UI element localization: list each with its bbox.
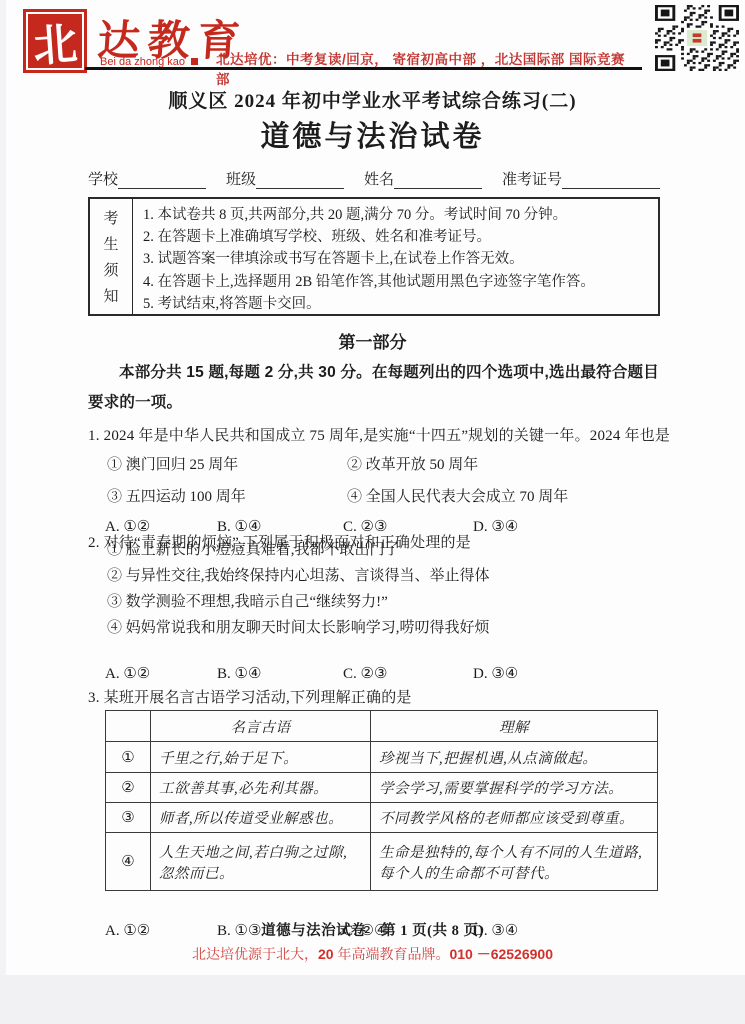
statement-item: ② 改革开放 50 周年 bbox=[347, 453, 478, 474]
school-field: 学校 bbox=[88, 168, 206, 189]
statement-item: ③ 五四运动 100 周年 bbox=[107, 485, 246, 506]
name-blank-line bbox=[394, 172, 482, 189]
red-square-icon bbox=[191, 58, 198, 65]
table-header-row: 名言古语 理解 bbox=[106, 711, 658, 742]
statement-item: ④ 全国人民代表大会成立 70 周年 bbox=[347, 485, 568, 506]
statement-item: ③ 数学测验不理想,我暗示自己“继续努力!” bbox=[107, 590, 388, 611]
table-header-quote: 名言古语 bbox=[151, 711, 371, 742]
header-divider bbox=[85, 67, 642, 70]
qr-code bbox=[655, 5, 739, 71]
footer-page-label: 道德与法治试卷 第 1 页(共 8 页) bbox=[0, 919, 745, 940]
exam-paper-page: 北 达教育 Bei da zhong kao 北达培优：中考复读/回京， 寄宿初… bbox=[0, 0, 745, 1024]
examinee-notice-box: 考 生 须 知 1. 本试卷共 8 页,共两部分,共 20 题,满分 70 分。… bbox=[88, 197, 660, 316]
statement-item: ① 澳门回归 25 周年 bbox=[107, 453, 238, 474]
choice-b: B. ①④ bbox=[217, 664, 261, 683]
subject-title: 道德与法治试卷 bbox=[0, 114, 745, 155]
choice-c: C. ②③ bbox=[343, 664, 387, 683]
notice-side-label: 考 生 须 知 bbox=[90, 199, 133, 314]
statement-item: ① 脸上新长的小痘痘真难看,我都不敢出门了 bbox=[107, 538, 400, 559]
scan-bottom-margin bbox=[0, 975, 745, 1024]
notice-item: 3. 试题答案一律填涂或书写在答题卡上,在试卷上作答无效。 bbox=[143, 248, 652, 270]
table-header-blank bbox=[106, 711, 151, 742]
notice-item: 2. 在答题卡上准确填写学校、班级、姓名和准考证号。 bbox=[143, 226, 652, 248]
table-row: ③ 师者,所以传道受业解惑也。 不同教学风格的老师都应该受到尊重。 bbox=[106, 803, 658, 833]
notice-item: 1. 本试卷共 8 页,共两部分,共 20 题,满分 70 分。考试时间 70 … bbox=[143, 204, 652, 226]
footer-promo: 北达培优源于北大，20 年高端教育品牌。010 －62526900 bbox=[0, 944, 745, 964]
notice-item: 4. 在答题卡上,选择题用 2B 铅笔作答,其他试题用黑色字迹签字笔作答。 bbox=[143, 271, 652, 293]
class-blank-line bbox=[256, 172, 344, 189]
part1-instructions: 本部分共 15 题,每题 2 分,共 30 分。在每题列出的四个选项中,选出最符… bbox=[88, 358, 662, 418]
statement-item: ② 与异性交往,我始终保持内心坦荡、言谈得当、举止得体 bbox=[107, 564, 490, 585]
table-header-meaning: 理解 bbox=[371, 711, 658, 742]
part1-heading: 第一部分 bbox=[0, 328, 745, 353]
table-row: ④ 人生天地之间,若白驹之过隙,忽然而已。 生命是独特的,每个人有不同的人生道路… bbox=[106, 833, 658, 891]
brand-seal-icon: 北 bbox=[26, 12, 84, 70]
choice-d: D. ③④ bbox=[473, 664, 518, 683]
name-field: 姓名 bbox=[364, 168, 482, 189]
statement-item: ④ 妈妈常说我和朋友聊天时间太长影响学习,唠叨得我好烦 bbox=[107, 616, 490, 637]
class-field: 班级 bbox=[226, 168, 344, 189]
question-3: 3.某班开展名言古语学习活动,下列理解正确的是 名言古语 理解 ① 千里之行,始… bbox=[88, 686, 662, 707]
question-1-stem: 1.2024 年是中华人民共和国成立 75 周年,是实施“十四五”规划的关键一年… bbox=[88, 424, 662, 445]
question-3-table: 名言古语 理解 ① 千里之行,始于足下。 珍视当下,把握机遇,从点滴做起。 ② … bbox=[105, 710, 658, 891]
exam-title: 顺义区 2024 年初中学业水平考试综合练习(二) bbox=[0, 86, 745, 113]
question-2: 2.对待“青春期的烦恼”,下列属于积极面对和正确处理的是 ① 脸上新长的小痘痘真… bbox=[88, 531, 662, 552]
school-blank-line bbox=[118, 172, 206, 189]
question-3-stem: 3.某班开展名言古语学习活动,下列理解正确的是 bbox=[88, 686, 662, 707]
student-info-row: 学校 班级 姓名 准考证号 bbox=[88, 168, 660, 189]
admission-number-field: 准考证号 bbox=[502, 168, 660, 189]
table-row: ② 工欲善其事,必先利其器。 学会学习,需要掌握科学的学习方法。 bbox=[106, 773, 658, 803]
table-row: ① 千里之行,始于足下。 珍视当下,把握机遇,从点滴做起。 bbox=[106, 742, 658, 773]
brand-seal-char: 北 bbox=[31, 8, 79, 75]
notice-item: 5. 考试结束,将答题卡交回。 bbox=[143, 293, 652, 315]
notice-items: 1. 本试卷共 8 页,共两部分,共 20 题,满分 70 分。考试时间 70 … bbox=[133, 199, 658, 314]
choice-a: A. ①② bbox=[105, 664, 150, 683]
question-1: 1.2024 年是中华人民共和国成立 75 周年,是实施“十四五”规划的关键一年… bbox=[88, 424, 662, 445]
admission-number-blank-line bbox=[562, 172, 660, 189]
